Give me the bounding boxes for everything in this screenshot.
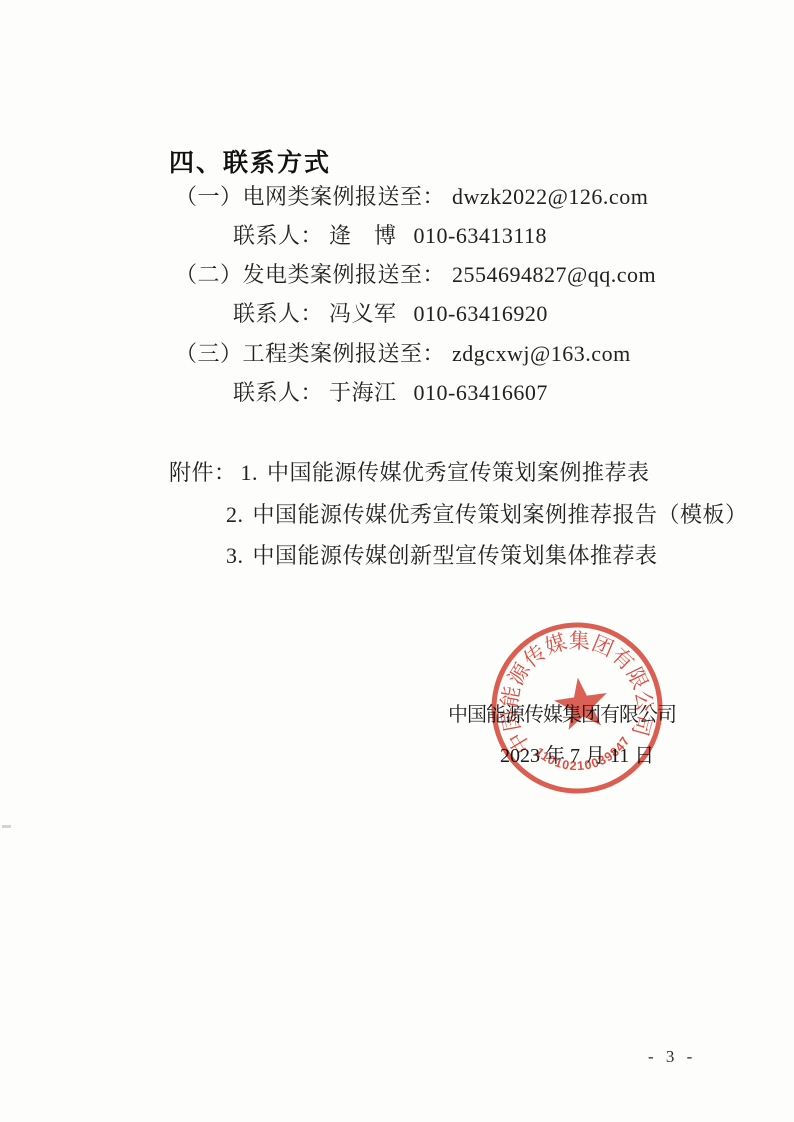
- contact-phone: 010-63416607: [414, 380, 548, 405]
- contact-person-line: 联系人：于海江010-63416607: [233, 379, 548, 407]
- contact-person-label: 联系人：: [233, 380, 323, 405]
- attachment-title: 中国能源传媒创新型宣传策划集体推荐表: [253, 543, 658, 568]
- svg-text:中国能源传媒集团有限公司: 中国能源传媒集团有限公司: [487, 618, 661, 759]
- document-page: 四、联系方式 （一）电网类案例报送至：dwzk2022@126.com 联系人：…: [0, 0, 794, 1122]
- attachments-line-3: 3.中国能源传媒创新型宣传策划集体推荐表: [226, 542, 658, 570]
- section-heading: 四、联系方式: [169, 143, 331, 179]
- svg-text:11010210039847: 11010210039847: [531, 732, 636, 779]
- contact-category-label: （二）发电类案例报送至：: [175, 262, 445, 287]
- seal-ring-text: 中国能源传媒集团有限公司: [487, 618, 661, 759]
- contact-email: dwzk2022@126.com: [452, 184, 648, 209]
- contact-person-name: 逄 博: [329, 223, 397, 248]
- contact-email: zdgcxwj@163.com: [452, 341, 631, 366]
- seal-serial-number: 11010210039847: [531, 732, 636, 779]
- attachments-line-2: 2.中国能源传媒优秀宣传策划案例推荐报告（模板）: [226, 501, 748, 529]
- seal-star-icon: [551, 674, 611, 732]
- attachments-label: 附件：: [169, 460, 237, 485]
- attachment-title: 中国能源传媒优秀宣传策划案例推荐报告（模板）: [253, 502, 748, 527]
- contact-person-name: 于海江: [329, 380, 397, 405]
- company-seal: 中国能源传媒集团有限公司 11010210039847: [478, 609, 677, 808]
- contact-line: （三）工程类案例报送至：zdgcxwj@163.com: [175, 340, 631, 368]
- scan-artifact: [2, 825, 11, 828]
- contact-phone: 010-63413118: [414, 223, 548, 248]
- contact-email: 2554694827@qq.com: [452, 262, 656, 287]
- contact-line: （二）发电类案例报送至：2554694827@qq.com: [175, 261, 656, 289]
- attachment-number: 2.: [226, 502, 244, 527]
- attachment-number: 3.: [226, 543, 244, 568]
- contact-line: （一）电网类案例报送至：dwzk2022@126.com: [175, 183, 648, 211]
- attachment-number: 1.: [241, 460, 259, 485]
- contact-person-line: 联系人：冯义军010-63416920: [233, 300, 548, 328]
- contact-category-label: （一）电网类案例报送至：: [175, 184, 445, 209]
- contact-category-label: （三）工程类案例报送至：: [175, 341, 445, 366]
- contact-person-line: 联系人：逄 博010-63413118: [233, 222, 547, 250]
- attachment-title: 中国能源传媒优秀宣传策划案例推荐表: [267, 460, 650, 485]
- contact-phone: 010-63416920: [414, 301, 548, 326]
- page-number: - 3 -: [648, 1047, 696, 1067]
- contact-person-name: 冯义军: [329, 301, 397, 326]
- contact-person-label: 联系人：: [233, 223, 323, 248]
- attachments-line-1: 附件：1.中国能源传媒优秀宣传策划案例推荐表: [169, 459, 650, 487]
- contact-person-label: 联系人：: [233, 301, 323, 326]
